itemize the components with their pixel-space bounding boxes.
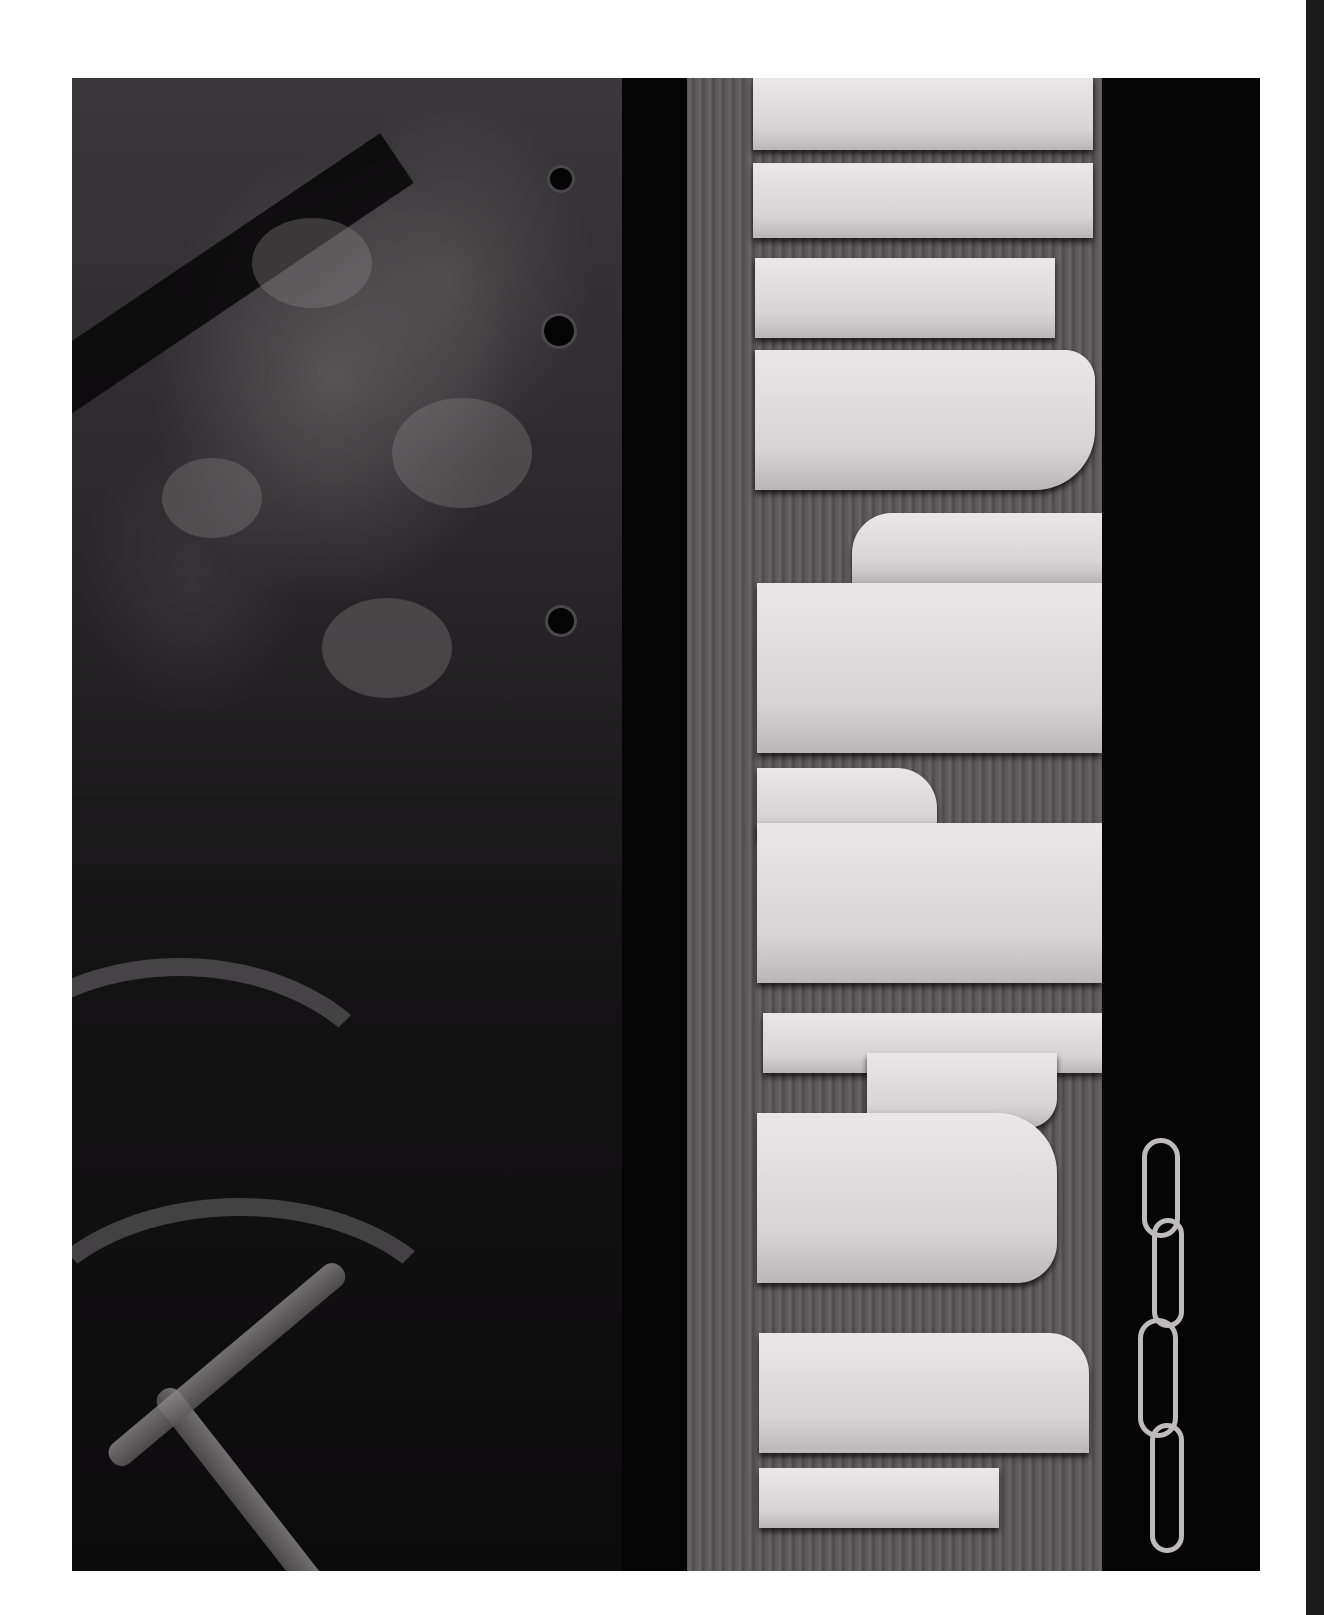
paint-chip <box>755 258 1055 338</box>
paint-chip <box>852 513 1122 583</box>
chain-link <box>1150 1423 1184 1553</box>
scan-edge <box>1306 0 1324 1615</box>
rivet-hole <box>548 608 574 634</box>
rivet-hole <box>550 168 572 190</box>
metal-spangle <box>322 598 452 698</box>
paint-chip <box>755 350 1095 490</box>
dark-gap <box>622 78 687 1571</box>
paint-chip <box>757 823 1102 983</box>
paint-chip <box>759 1468 999 1528</box>
rivet-hole <box>544 316 574 346</box>
metal-spangle <box>252 218 372 308</box>
paint-chip <box>753 163 1093 238</box>
dark-right-edge <box>1102 78 1260 1571</box>
metal-spangle <box>162 458 262 538</box>
chain-link <box>1152 1218 1184 1328</box>
chain-link <box>1138 1318 1178 1438</box>
photograph <box>72 78 1260 1571</box>
image-subject: peeling white paint on a wooden post bes… <box>0 0 1 1</box>
paint-chip <box>757 583 1102 753</box>
paint-chip <box>759 1333 1089 1453</box>
galvanized-metal-panel <box>72 78 622 1571</box>
paint-chip <box>757 1113 1057 1283</box>
metal-spangle <box>392 398 532 508</box>
wooden-post <box>687 78 1102 1571</box>
paint-chip <box>753 78 1093 150</box>
